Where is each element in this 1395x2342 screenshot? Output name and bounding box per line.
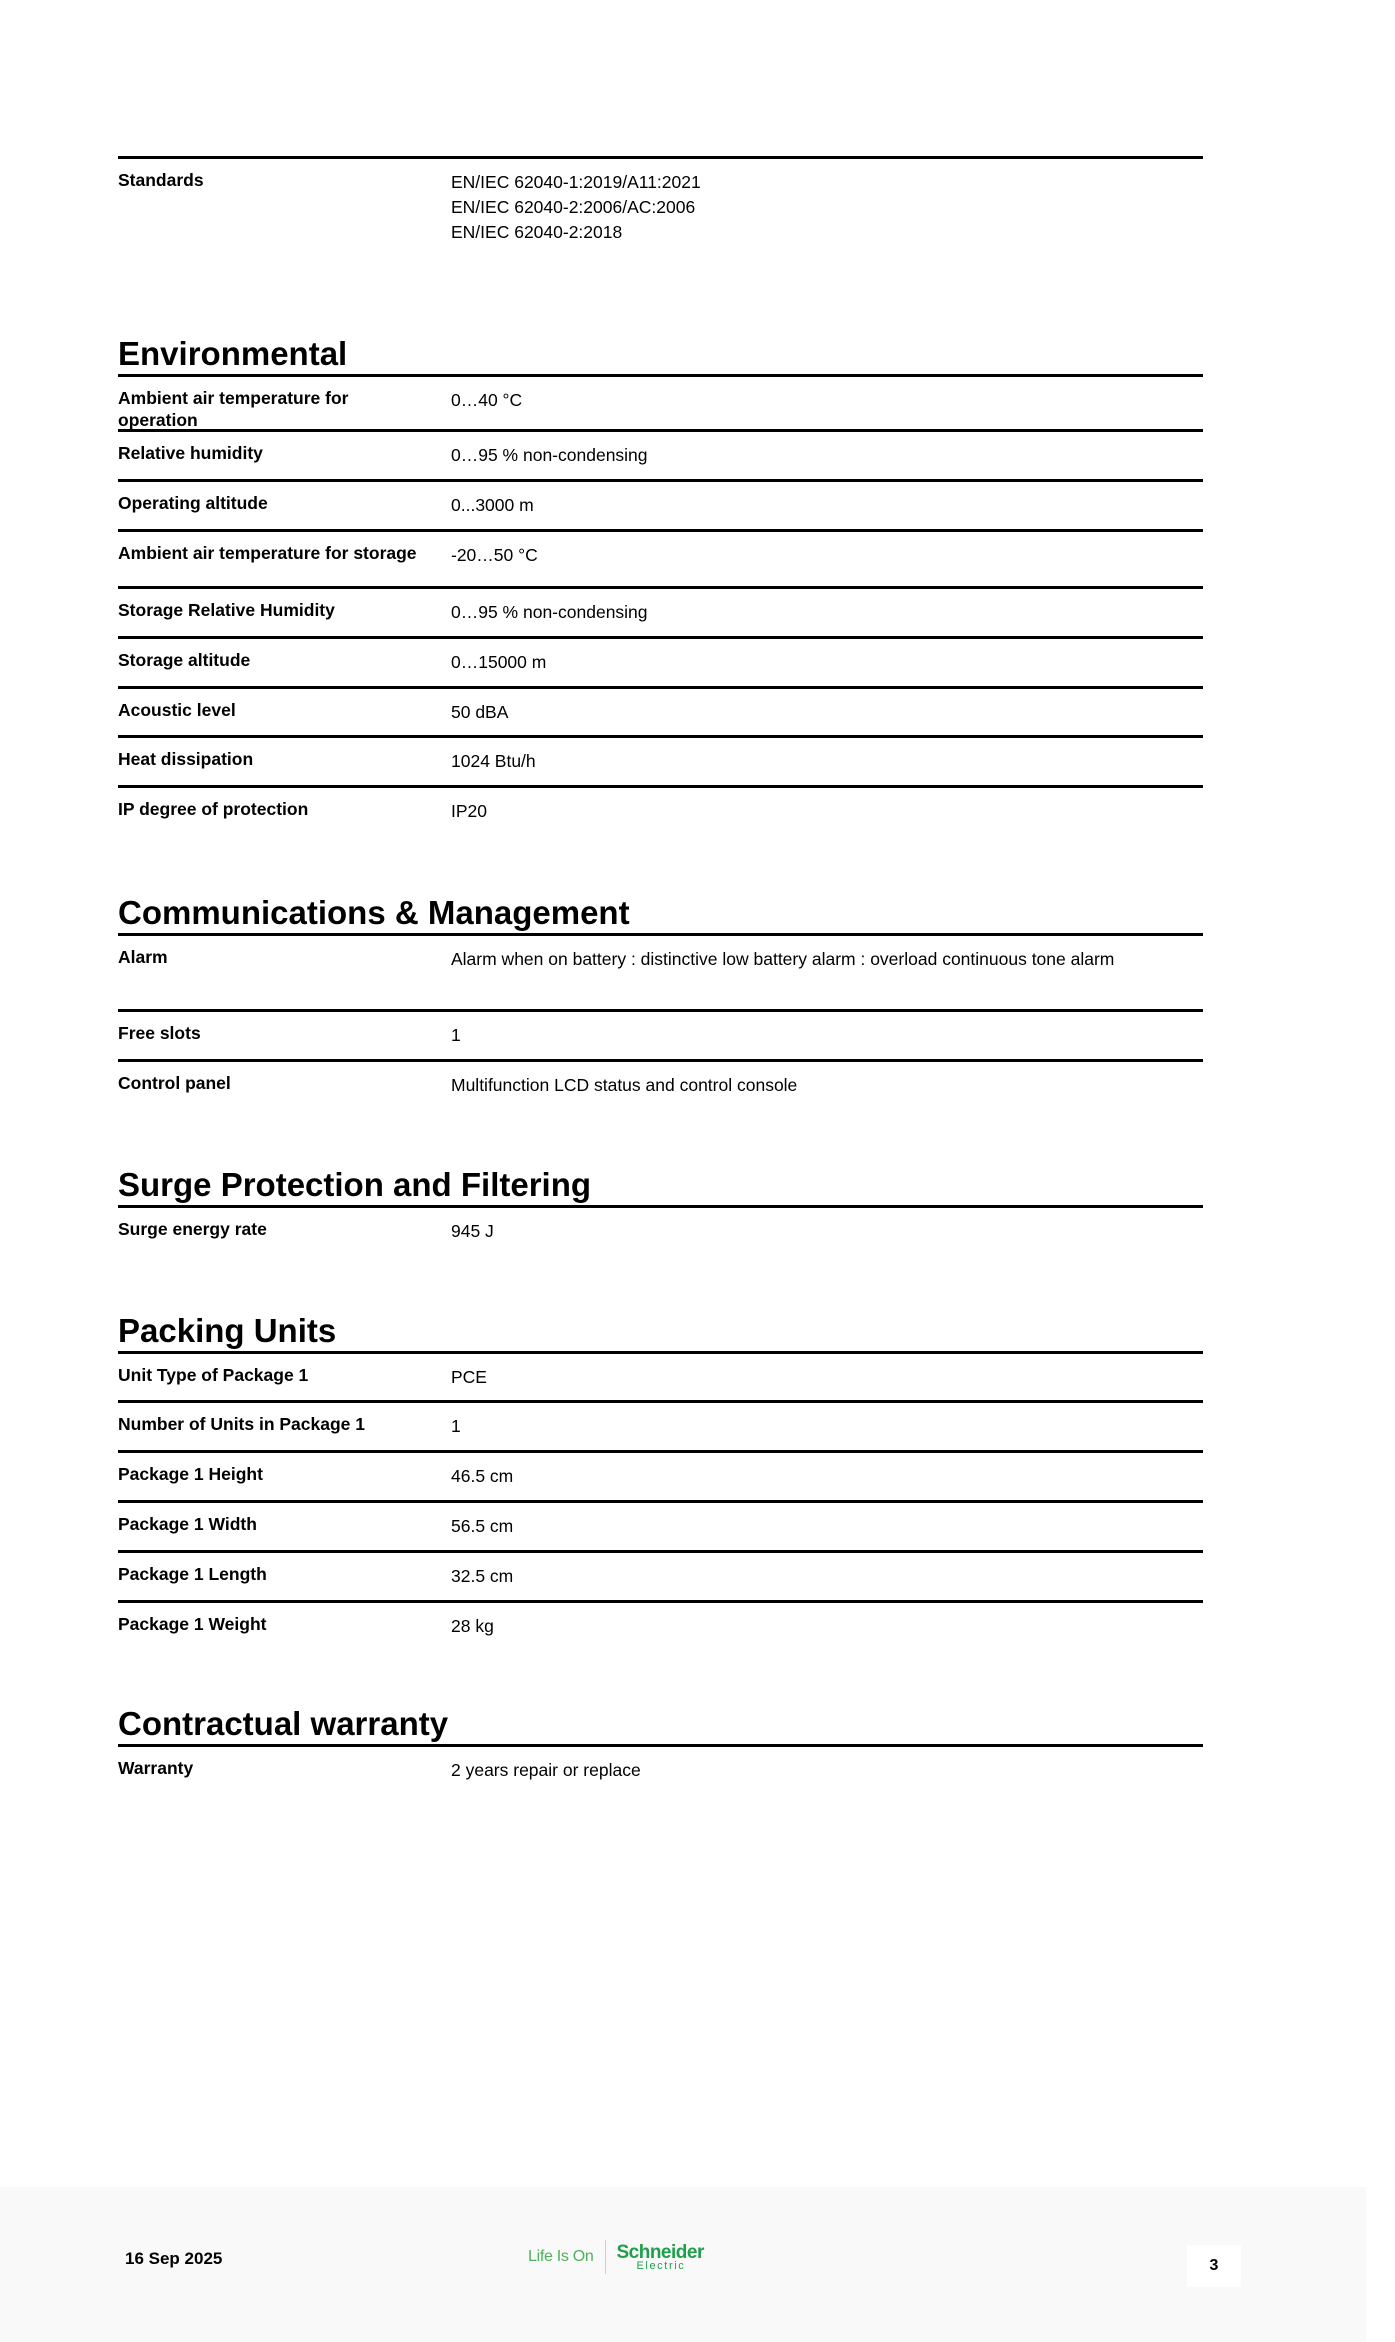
spec-value: Multifunction LCD status and control con…: [451, 1062, 1131, 1109]
spec-row: Operating altitude0...3000 m: [118, 479, 1203, 529]
spec-value: 1024 Btu/h: [451, 738, 1131, 785]
brand-wordmark: Schneider Electric: [616, 2243, 703, 2272]
spec-value: 32.5 cm: [451, 1553, 1131, 1600]
spec-label: Ambient air temperature for operation: [118, 377, 451, 429]
spec-label: Acoustic level: [118, 689, 451, 735]
spec-value: IP20: [451, 788, 1131, 835]
spec-value: 0...3000 m: [451, 482, 1131, 529]
spec-row: Relative humidity0…95 % non-condensing: [118, 429, 1203, 479]
spec-label: Surge energy rate: [118, 1208, 451, 1255]
spec-value: 50 dBA: [451, 689, 1131, 735]
footer-date: 16 Sep 2025: [125, 2249, 222, 2269]
spec-value: 1: [451, 1012, 1131, 1059]
spec-row: Package 1 Length32.5 cm: [118, 1550, 1203, 1600]
spec-value: 46.5 cm: [451, 1453, 1131, 1500]
spec-row: Ambient air temperature for operation0…4…: [118, 374, 1203, 429]
spec-row: Number of Units in Package 11: [118, 1400, 1203, 1450]
section-title: Packing Units: [118, 1311, 1203, 1351]
spec-value: Alarm when on battery : distinctive low …: [451, 936, 1131, 1009]
spec-value: 0…95 % non-condensing: [451, 589, 1131, 636]
spec-sections: EnvironmentalAmbient air temperature for…: [118, 334, 1203, 1794]
spec-value: 2 years repair or replace: [451, 1747, 1131, 1794]
standard-line: EN/IEC 62040-1:2019/A11:2021: [451, 170, 1131, 195]
spec-label: Storage altitude: [118, 639, 451, 686]
section-title: Communications & Management: [118, 893, 1203, 933]
spec-label: Ambient air temperature for storage: [118, 532, 451, 586]
spec-row: Warranty2 years repair or replace: [118, 1744, 1203, 1794]
section-title: Surge Protection and Filtering: [118, 1165, 1203, 1205]
spec-row: Heat dissipation1024 Btu/h: [118, 735, 1203, 785]
spec-row: Free slots1: [118, 1009, 1203, 1059]
spec-value: -20…50 °C: [451, 532, 1131, 586]
spec-value: 0…15000 m: [451, 639, 1131, 686]
spec-row: Surge energy rate945 J: [118, 1205, 1203, 1255]
spec-row: IP degree of protectionIP20: [118, 785, 1203, 835]
spec-label: Package 1 Width: [118, 1503, 451, 1550]
spec-label: Operating altitude: [118, 482, 451, 529]
spec-label: Control panel: [118, 1062, 451, 1109]
spec-label: Standards: [118, 159, 451, 306]
section-title: Contractual warranty: [118, 1704, 1203, 1744]
page-footer: 16 Sep 2025 Life Is On Schneider Electri…: [0, 2187, 1366, 2342]
spec-label: Number of Units in Package 1: [118, 1403, 451, 1450]
brand-sub: Electric: [636, 2261, 703, 2272]
spec-value: PCE: [451, 1354, 1131, 1400]
spec-row: Storage altitude0…15000 m: [118, 636, 1203, 686]
standard-line: EN/IEC 62040-2:2018: [451, 220, 1131, 245]
spec-value: 56.5 cm: [451, 1503, 1131, 1550]
spec-row: Unit Type of Package 1PCE: [118, 1351, 1203, 1400]
spec-value: 1: [451, 1403, 1131, 1450]
spec-row: Control panelMultifunction LCD status an…: [118, 1059, 1203, 1109]
spec-value: 0…40 °C: [451, 377, 1131, 429]
section-title: Environmental: [118, 334, 1203, 374]
spec-row: Package 1 Weight28 kg: [118, 1600, 1203, 1650]
spec-row: Ambient air temperature for storage-20…5…: [118, 529, 1203, 586]
spec-row: Storage Relative Humidity0…95 % non-cond…: [118, 586, 1203, 636]
spec-row-standards: Standards EN/IEC 62040-1:2019/A11:2021 E…: [118, 156, 1203, 306]
spec-label: Storage Relative Humidity: [118, 589, 451, 636]
spec-label: Heat dissipation: [118, 738, 451, 785]
spec-value: 28 kg: [451, 1603, 1131, 1650]
spec-label: Alarm: [118, 936, 451, 1009]
spec-label: Relative humidity: [118, 432, 451, 479]
spec-label: Free slots: [118, 1012, 451, 1059]
life-is-on-tagline: Life Is On: [528, 2248, 593, 2266]
spec-row: Package 1 Width56.5 cm: [118, 1500, 1203, 1550]
spec-label: Package 1 Length: [118, 1553, 451, 1600]
spec-row: Package 1 Height46.5 cm: [118, 1450, 1203, 1500]
spec-value: 945 J: [451, 1208, 1131, 1255]
spec-row: Acoustic level50 dBA: [118, 686, 1203, 735]
page-number: 3: [1187, 2245, 1241, 2287]
datasheet-content: Standards EN/IEC 62040-1:2019/A11:2021 E…: [118, 156, 1203, 1794]
logo-divider: [605, 2240, 606, 2274]
spec-label: Unit Type of Package 1: [118, 1354, 451, 1400]
standard-line: EN/IEC 62040-2:2006/AC:2006: [451, 195, 1131, 220]
spec-row: AlarmAlarm when on battery : distinctive…: [118, 933, 1203, 1009]
schneider-logo: Life Is On Schneider Electric: [528, 2235, 704, 2279]
spec-value: EN/IEC 62040-1:2019/A11:2021 EN/IEC 6204…: [451, 159, 1131, 306]
spec-value: 0…95 % non-condensing: [451, 432, 1131, 479]
spec-label: IP degree of protection: [118, 788, 451, 835]
spec-label: Package 1 Weight: [118, 1603, 451, 1650]
spec-label: Warranty: [118, 1747, 451, 1794]
spec-label: Package 1 Height: [118, 1453, 451, 1500]
brand-name: Schneider: [616, 2243, 703, 2262]
